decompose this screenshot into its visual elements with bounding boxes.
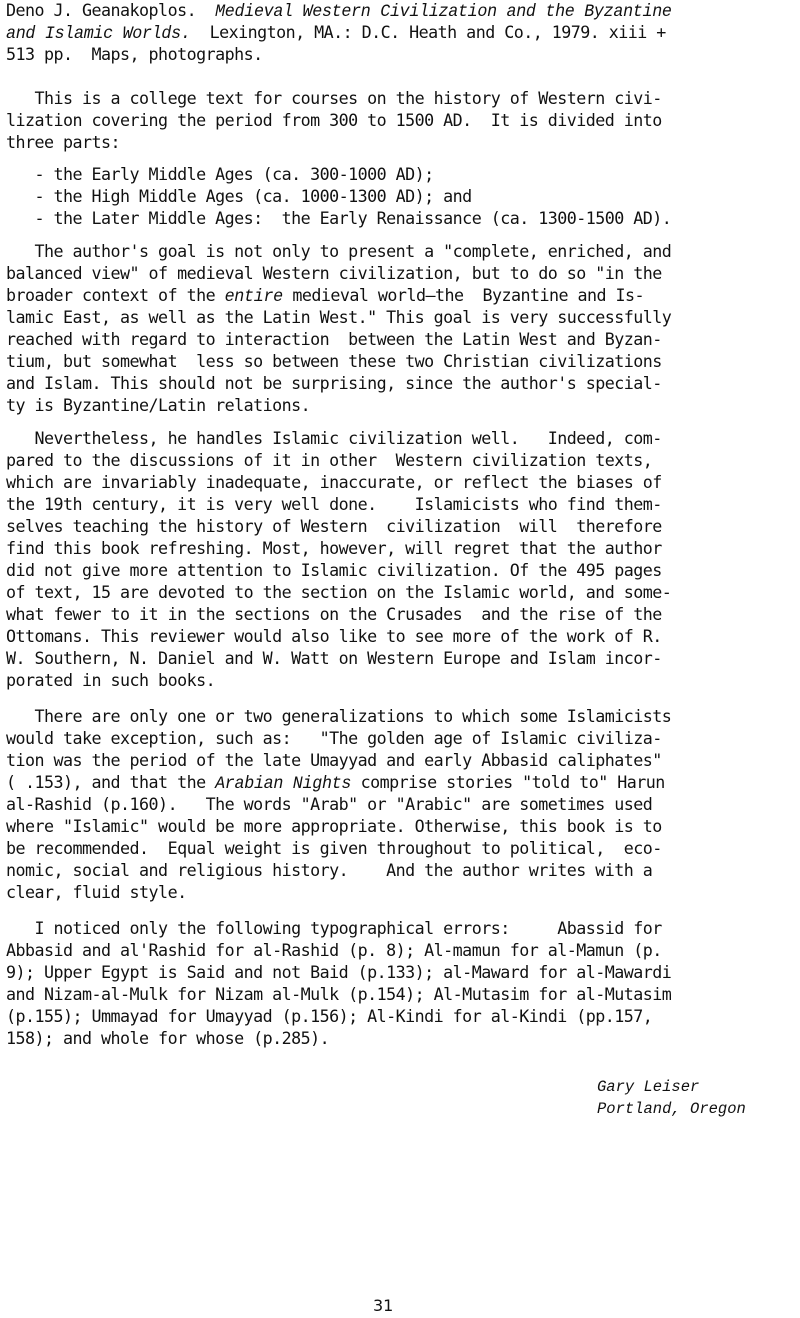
- text-line: porated in such books.: [6, 670, 215, 692]
- reviewer-location: Portland, Oregon: [597, 1098, 746, 1120]
- text-span: medieval world—the Byzantine and Is-: [283, 286, 644, 306]
- text-line: and Nizam-al-Mulk for Nizam al-Mulk (p.1…: [6, 984, 671, 1006]
- text-line: pared to the discussions of it in other …: [6, 450, 652, 472]
- text-line: I noticed only the following typographic…: [6, 918, 662, 940]
- text-line: reached with regard to interaction betwe…: [6, 329, 662, 351]
- book-title-cont: and Islamic Worlds.: [6, 25, 191, 44]
- author-name: Deno J. Geanakoplos.: [6, 1, 215, 21]
- text-line: This is a college text for courses on th…: [6, 88, 662, 110]
- text-span: ( .153), and that the: [6, 773, 215, 793]
- citation-line-2: and Islamic Worlds. Lexington, MA.: D.C.…: [6, 22, 666, 46]
- text-line: al-Rashid (p.160). The words "Arab" or "…: [6, 794, 652, 816]
- text-line: W. Southern, N. Daniel and W. Watt on We…: [6, 648, 662, 670]
- text-line: lization covering the period from 300 to…: [6, 110, 662, 132]
- text-line: (p.155); Ummayad for Umayyad (p.156); Al…: [6, 1006, 652, 1028]
- list-item: - the Early Middle Ages (ca. 300-1000 AD…: [6, 164, 434, 186]
- text-line: tium, but somewhat less so between these…: [6, 351, 662, 373]
- list-item: - the Later Middle Ages: the Early Renai…: [6, 208, 671, 230]
- text-line: ty is Byzantine/Latin relations.: [6, 395, 310, 417]
- text-line: The author's goal is not only to present…: [6, 241, 671, 263]
- document-page: Deno J. Geanakoplos. Medieval Western Ci…: [0, 0, 800, 1318]
- text-line: 158); and whole for whose (p.285).: [6, 1028, 329, 1050]
- text-line: find this book refreshing. Most, however…: [6, 538, 662, 560]
- text-line: did not give more attention to Islamic c…: [6, 560, 662, 582]
- text-line: 9); Upper Egypt is Said and not Baid (p.…: [6, 962, 671, 984]
- text-line: Nevertheless, he handles Islamic civiliz…: [6, 428, 662, 450]
- text-line: would take exception, such as: "The gold…: [6, 728, 662, 750]
- text-line: lamic East, as well as the Latin West." …: [6, 307, 671, 329]
- publisher-info: Lexington, MA.: D.C. Heath and Co., 1979…: [191, 23, 666, 43]
- text-line: There are only one or two generalization…: [6, 706, 671, 728]
- text-span: comprise stories "told to" Harun: [351, 773, 665, 793]
- text-line: ( .153), and that the Arabian Nights com…: [6, 772, 665, 796]
- text-line: selves teaching the history of Western c…: [6, 516, 662, 538]
- text-line: Ottomans. This reviewer would also like …: [6, 626, 662, 648]
- text-line: three parts:: [6, 132, 120, 154]
- book-title: Medieval Western Civilization and the By…: [215, 3, 672, 22]
- text-line: what fewer to it in the sections on the …: [6, 604, 662, 626]
- page-number: 31: [373, 1296, 393, 1316]
- reviewer-name: Gary Leiser: [597, 1076, 699, 1098]
- text-line: nomic, social and religious history. And…: [6, 860, 652, 882]
- citation-line-3: 513 pp. Maps, photographs.: [6, 44, 263, 66]
- text-line: of text, 15 are devoted to the section o…: [6, 582, 671, 604]
- text-line: tion was the period of the late Umayyad …: [6, 750, 662, 772]
- text-line: where "Islamic" would be more appropriat…: [6, 816, 662, 838]
- text-line: which are invariably inadequate, inaccur…: [6, 472, 662, 494]
- list-item: - the High Middle Ages (ca. 1000-1300 AD…: [6, 186, 472, 208]
- text-line: balanced view" of medieval Western civil…: [6, 263, 662, 285]
- text-span: broader context of the: [6, 286, 225, 306]
- text-line: and Islam. This should not be surprising…: [6, 373, 662, 395]
- emphasis-arabian-nights: Arabian Nights: [215, 775, 351, 794]
- text-line: be recommended. Equal weight is given th…: [6, 838, 662, 860]
- emphasis-entire: entire: [225, 288, 283, 307]
- citation-line-1: Deno J. Geanakoplos. Medieval Western Ci…: [6, 0, 672, 24]
- text-line: Abbasid and al'Rashid for al-Rashid (p. …: [6, 940, 662, 962]
- text-line: the 19th century, it is very well done. …: [6, 494, 662, 516]
- text-line: clear, fluid style.: [6, 882, 187, 904]
- text-line: broader context of the entire medieval w…: [6, 285, 644, 309]
